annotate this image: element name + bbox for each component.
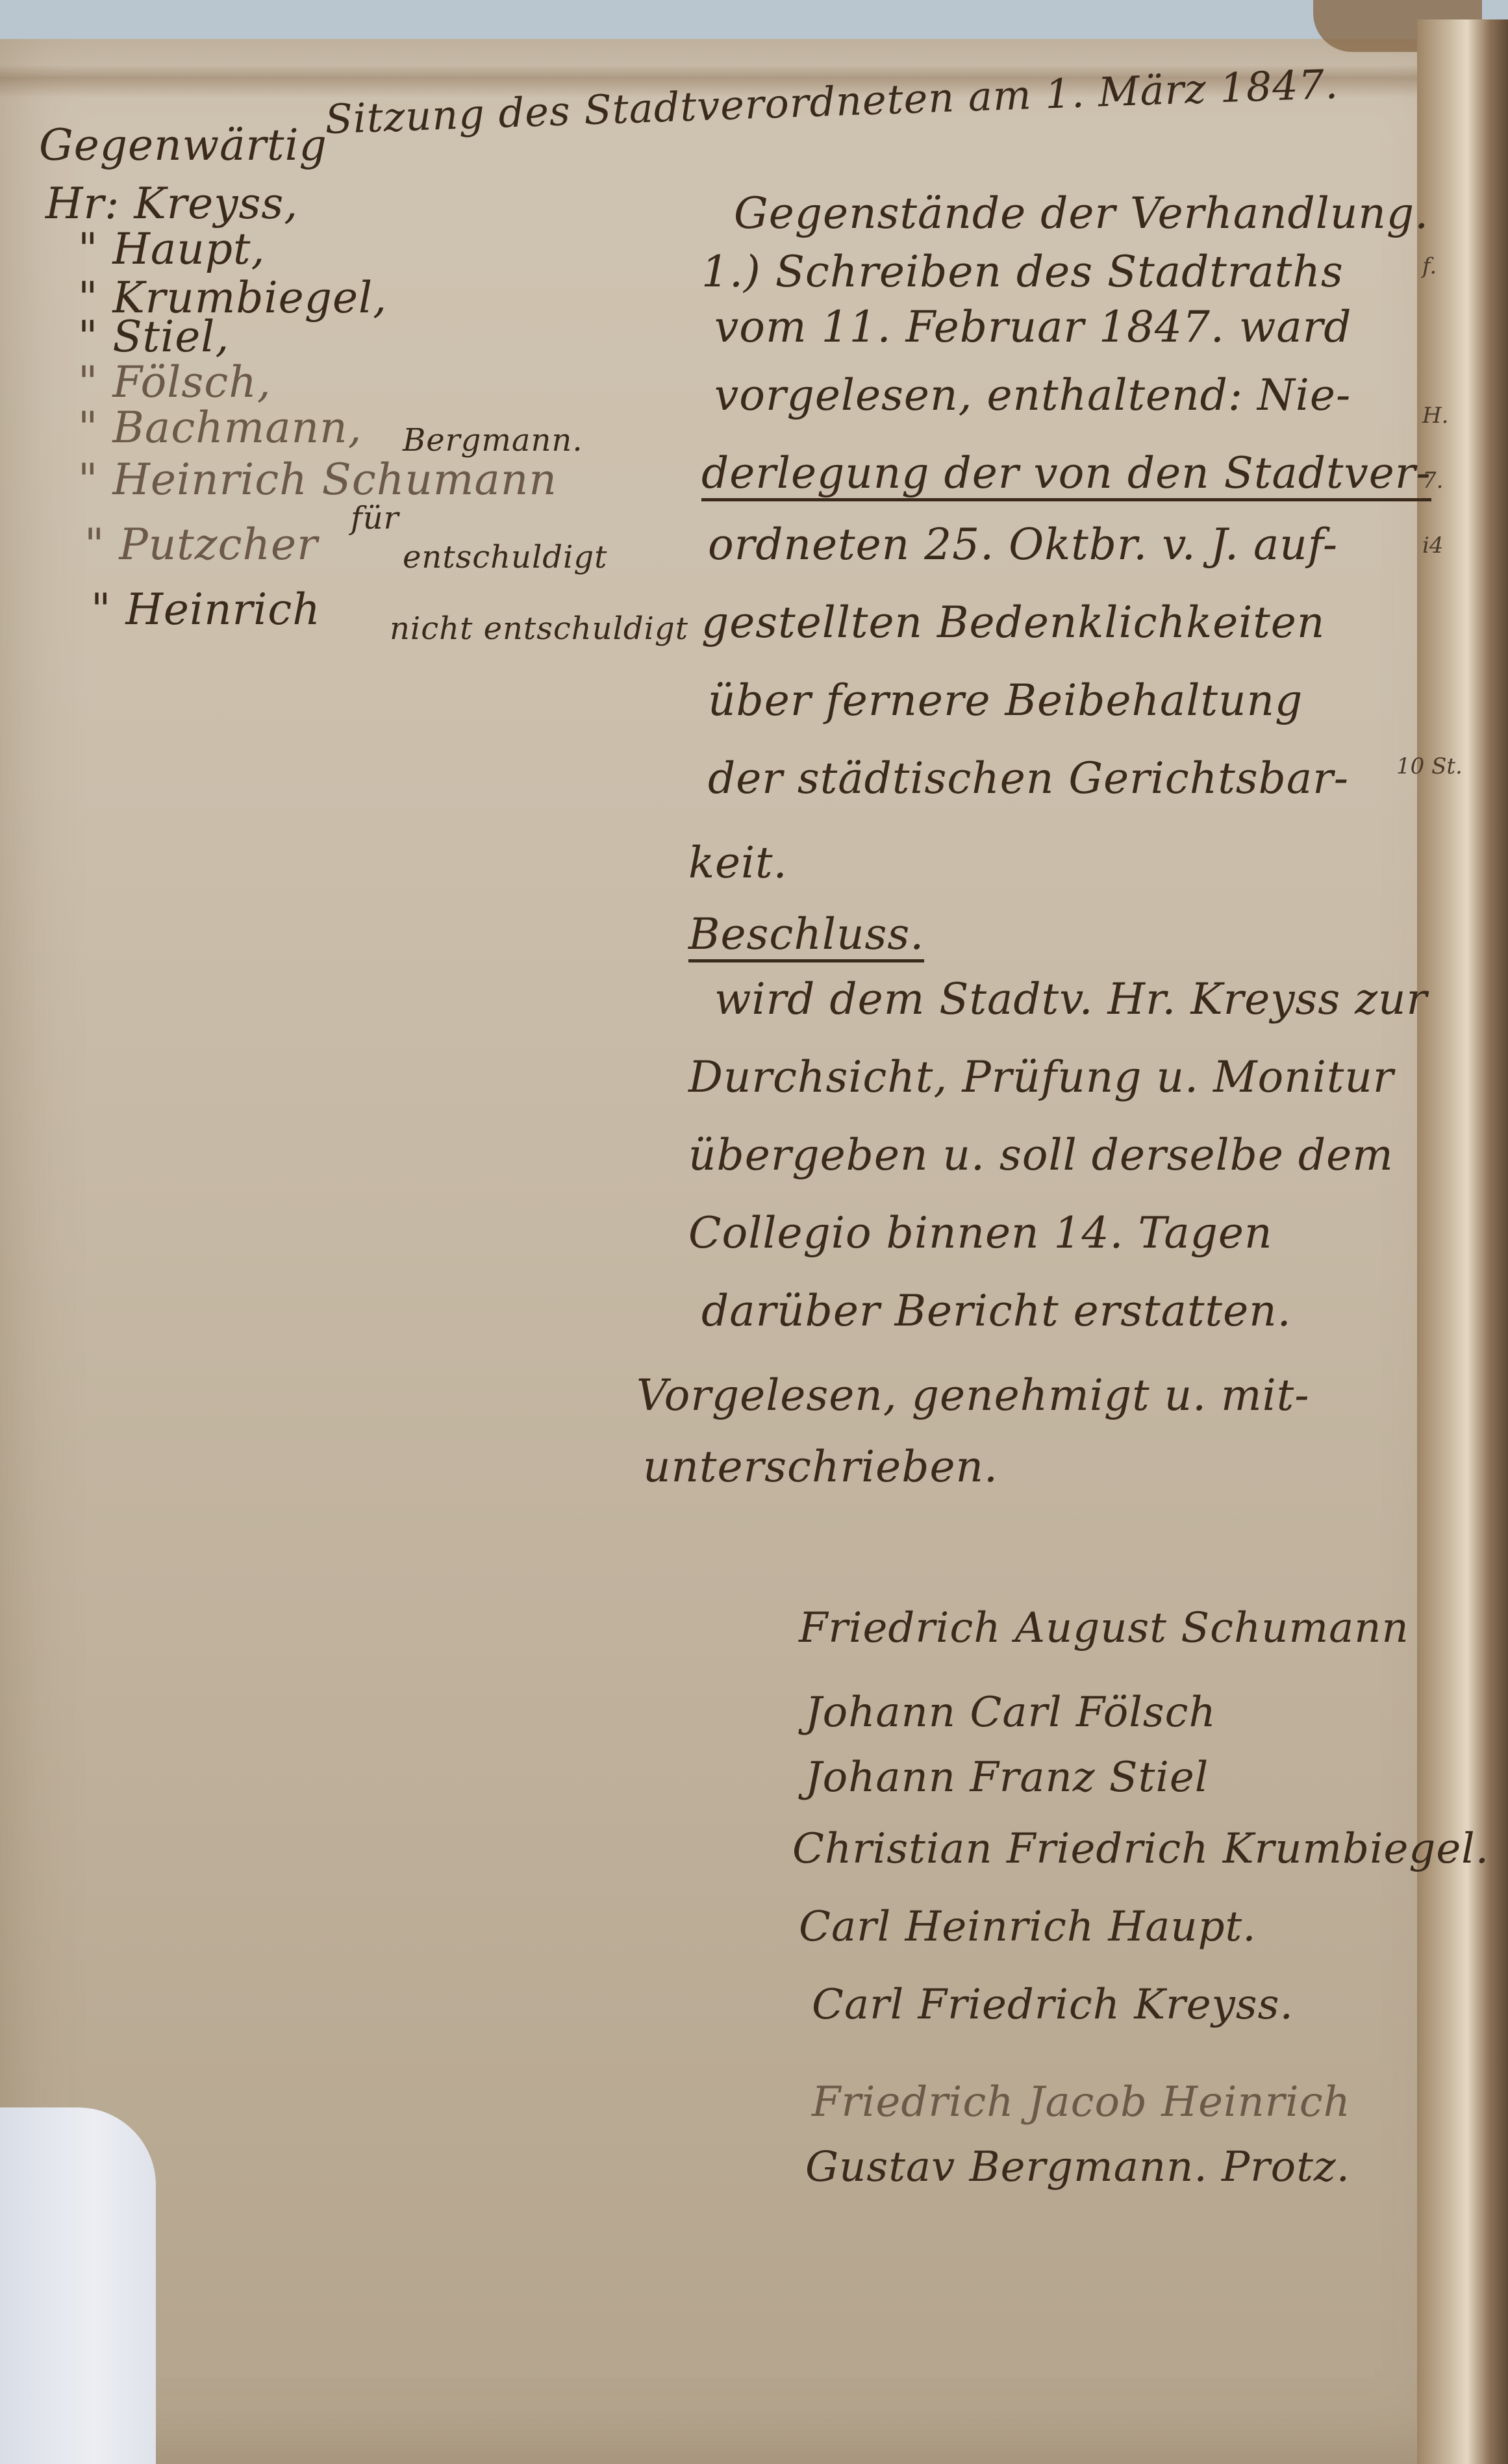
- body-line: 1.) Schreiben des Stadtraths: [701, 247, 1344, 297]
- margin-mark: f.: [1422, 253, 1437, 279]
- body-line: vorgelesen, enthaltend: Nie-: [714, 370, 1351, 420]
- margin-mark: i4: [1422, 533, 1444, 559]
- resolution-line: übergeben u. soll derselbe dem: [688, 1130, 1394, 1180]
- resolution-line: unterschrieben.: [643, 1442, 998, 1492]
- signature: Gustav Bergmann. Protz.: [805, 2143, 1350, 2191]
- attendance-heading: Gegenwärtig: [39, 120, 327, 170]
- white-glove-finger: [0, 2107, 156, 2464]
- body-line: ordneten 25. Oktbr. v. J. auf-: [708, 520, 1338, 570]
- resolution-line: Collegio binnen 14. Tagen: [688, 1208, 1273, 1258]
- attendance-member: " Heinrich: [91, 585, 321, 635]
- resolution-line: darüber Bericht erstatten.: [701, 1286, 1292, 1336]
- signature: Christian Friedrich Krumbiegel.: [792, 1825, 1489, 1873]
- body-line: derlegung der von den Stadtver-: [701, 448, 1431, 501]
- body-line: keit.: [688, 838, 788, 888]
- resolution-line: Vorgelesen, genehmigt u. mit-: [636, 1370, 1310, 1420]
- margin-mark: H.: [1422, 403, 1448, 429]
- attendance-insert: für: [351, 500, 399, 536]
- attendance-note: entschuldigt: [403, 539, 607, 575]
- attendance-member: " Putzcher: [84, 520, 318, 570]
- attendance-member: " Bachmann,: [78, 403, 362, 453]
- signature: Carl Friedrich Kreyss.: [812, 1981, 1294, 2029]
- attendance-member: Hr: Kreyss,: [45, 179, 298, 229]
- attendance-member: " Stiel,: [78, 312, 229, 362]
- attendance-member: " Fölsch,: [78, 357, 271, 407]
- resolution-line: Durchsicht, Prüfung u. Monitur: [688, 1052, 1394, 1102]
- agenda-heading: Gegenstände der Verhandlung.: [734, 188, 1429, 238]
- resolution-heading: Beschluss.: [688, 909, 924, 962]
- signature: Johann Carl Fölsch: [805, 1689, 1216, 1737]
- book-binding: [1417, 19, 1508, 2464]
- body-line: der städtischen Gerichtsbar-: [708, 753, 1349, 803]
- body-line: über fernere Beibehaltung: [708, 675, 1303, 725]
- margin-mark: 7.: [1422, 468, 1443, 494]
- body-line: vom 11. Februar 1847. ward: [714, 302, 1352, 352]
- attendance-member: " Heinrich Schumann: [78, 455, 557, 505]
- body-line: gestellten Bedenklichkeiten: [701, 597, 1325, 647]
- attendance-note: nicht entschuldigt: [390, 610, 688, 647]
- signature: Johann Franz Stiel: [805, 1754, 1209, 1802]
- attendance-insert: Bergmann.: [403, 422, 583, 459]
- attendance-member: " Haupt,: [78, 224, 266, 274]
- signature: Carl Heinrich Haupt.: [799, 1903, 1257, 1951]
- margin-mark: 10 St.: [1396, 753, 1463, 779]
- signature: Friedrich August Schumann: [799, 1604, 1409, 1652]
- signature: Friedrich Jacob Heinrich: [812, 2078, 1351, 2126]
- resolution-line: wird dem Stadtv. Hr. Kreyss zur: [714, 974, 1427, 1024]
